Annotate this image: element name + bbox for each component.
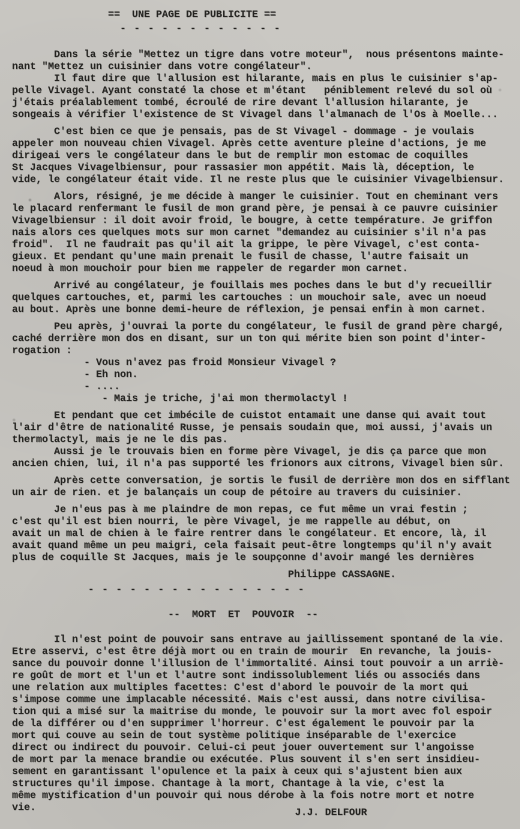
text-line: caché derrière mon dos en disant, sur un… bbox=[12, 334, 514, 346]
text-line: noeud à mon mouchoir pour bien me rappel… bbox=[12, 264, 514, 276]
text-line: quelques cartouches, et, parmi les carto… bbox=[12, 293, 514, 305]
paragraph: Dans la série "Mettez un tigre dans votr… bbox=[12, 50, 514, 122]
text-line: j'étais préalablement tombé, écroulé de … bbox=[12, 98, 514, 110]
page: == UNE PAGE DE PUBLICITE == - - - - - - … bbox=[0, 0, 520, 829]
text-line: Je n'eus pas à me plaindre de mon repas,… bbox=[12, 505, 514, 517]
text-line: Et pendant que cet imbécile de cuistot e… bbox=[12, 411, 514, 423]
text-line: sement en garantissant l'opulence et la … bbox=[12, 767, 514, 779]
text-line: nais alors ces quelques mots sur mon car… bbox=[12, 228, 514, 240]
text-line: - Mais je triche, j'ai mon thermolactyl … bbox=[12, 394, 514, 406]
text-line: dirigeai vers le congélateur dans le but… bbox=[12, 151, 514, 163]
text-line: plus de coquille St Jacques, mais je le … bbox=[12, 553, 514, 565]
text-line: c'est qu'il est bien nourri, le père Viv… bbox=[12, 517, 514, 529]
article1-title: == UNE PAGE DE PUBLICITE == bbox=[12, 10, 514, 22]
text-line: de la différer ou d'en supprimer l'horre… bbox=[12, 719, 514, 731]
article2-title: -- MORT ET POUVOIR -- bbox=[12, 610, 514, 622]
text-line: pelle Vivagel. Ayant constaté la chose e… bbox=[12, 86, 514, 98]
article1-signature: Philippe CASSAGNE. bbox=[12, 570, 514, 582]
article2-signature: J.J. DELFOUR bbox=[12, 808, 514, 820]
paragraph: Il n'est point de pouvoir sans entrave a… bbox=[12, 635, 514, 815]
text-line: s'impose comme une implacable nécessité.… bbox=[12, 695, 514, 707]
text-line: Il faut dire que l'allusion est hilarant… bbox=[12, 74, 514, 86]
text-line: froid". Il ne faudrait pas qu'il ait la … bbox=[12, 240, 514, 252]
text-line: avait un mal de chien à le faire rentrer… bbox=[12, 529, 514, 541]
text-line: mort qui couve au sein de tout système p… bbox=[12, 731, 514, 743]
text-line: Il n'est point de pouvoir sans entrave a… bbox=[12, 635, 514, 647]
text-line: Dans la série "Mettez un tigre dans votr… bbox=[12, 50, 514, 62]
text-line: une relation aux multiples facettes: C'e… bbox=[12, 683, 514, 695]
text-line: Arrivé au congélateur, je fouillais mes … bbox=[12, 281, 514, 293]
scanned-fanzine-page: { "page": { "paper_color": "#c7c5c0", "i… bbox=[0, 0, 520, 829]
text-line: re goût de mort et l'un et l'autre sont … bbox=[12, 671, 514, 683]
text-line: un air de rien. et je balançais un coup … bbox=[12, 488, 514, 500]
text-line: appeler mon nouveau chien Vivagel. Après… bbox=[12, 139, 514, 151]
text-line: même mystification d'un pouvoir qui nous… bbox=[12, 791, 514, 803]
paragraph: Je n'eus pas à me plaindre de mon repas,… bbox=[12, 505, 514, 565]
text-line: Aussi je le trouvais bien en forme père … bbox=[12, 447, 514, 459]
text-line: ancien chien, lui, il n'a pas supporté l… bbox=[12, 459, 514, 471]
text-line: gieux. Et pendant qu'une main prenait le… bbox=[12, 252, 514, 264]
text-line: le placard renfermant le fusil de mon gr… bbox=[12, 204, 514, 216]
article1-title-underline: - - - - - - - - - - - - bbox=[12, 24, 514, 36]
text-line: Etre asservi, c'est être déjà mort ou en… bbox=[12, 647, 514, 659]
text-line: avait quand même un peu maigri, cela fai… bbox=[12, 541, 514, 553]
text-line: Vivagelbiensur : il doit avoir froid, le… bbox=[12, 216, 514, 228]
article1-header: == UNE PAGE DE PUBLICITE == - - - - - - … bbox=[12, 10, 514, 36]
text-line: tion qui a misé sur la maitrise du monde… bbox=[12, 707, 514, 719]
paragraph: Alors, résigné, je me décide à manger le… bbox=[12, 192, 514, 276]
text-line: songeais à vérifier l'existence de St Vi… bbox=[12, 110, 514, 122]
text-line: C'est bien ce que je pensais, pas de St … bbox=[12, 127, 514, 139]
paragraph: Peu après, j'ouvrai la porte du congélat… bbox=[12, 322, 514, 406]
text-line: structures qu'il impose. Chantage à la m… bbox=[12, 779, 514, 791]
text-line: Après cette conversation, je sortis le f… bbox=[12, 476, 514, 488]
text-line: de mort par la menace brandie ou exécuté… bbox=[12, 755, 514, 767]
article2-body: Il n'est point de pouvoir sans entrave a… bbox=[12, 635, 514, 815]
paragraph: Et pendant que cet imbécile de cuistot e… bbox=[12, 411, 514, 471]
text-line: l'air d'être de nationalité Russe, je pe… bbox=[12, 423, 514, 435]
text-line: St Jacques Vivagelbiensur, pour rassasie… bbox=[12, 163, 514, 175]
text-line: rogation : bbox=[12, 346, 514, 358]
text-line: nant "Mettez un cuisinier dans votre con… bbox=[12, 62, 514, 74]
article1-body: Dans la série "Mettez un tigre dans votr… bbox=[12, 50, 514, 565]
text-line: Peu après, j'ouvrai la porte du congélat… bbox=[12, 322, 514, 334]
text-line: au bout. Après une bonne demi-heure de r… bbox=[12, 305, 514, 317]
text-line: vide, le congélateur était vide. Il ne r… bbox=[12, 175, 514, 187]
text-line: sance du pouvoir donne l'illusion de l'i… bbox=[12, 659, 514, 671]
paragraph: Arrivé au congélateur, je fouillais mes … bbox=[12, 281, 514, 317]
text-line: - .... bbox=[12, 382, 514, 394]
paragraph: C'est bien ce que je pensais, pas de St … bbox=[12, 127, 514, 187]
section-separator: - - - - - - - - - - - - - - - - bbox=[12, 585, 514, 597]
text-line: direct ou indirect du pouvoir. Celui-ci … bbox=[12, 743, 514, 755]
paragraph: Après cette conversation, je sortis le f… bbox=[12, 476, 514, 500]
text-line: - Vous n'avez pas froid Monsieur Vivagel… bbox=[12, 358, 514, 370]
text-line: thermolactyl, mais je ne le dis pas. bbox=[12, 435, 514, 447]
text-line: Alors, résigné, je me décide à manger le… bbox=[12, 192, 514, 204]
text-line: - Eh non. bbox=[12, 370, 514, 382]
